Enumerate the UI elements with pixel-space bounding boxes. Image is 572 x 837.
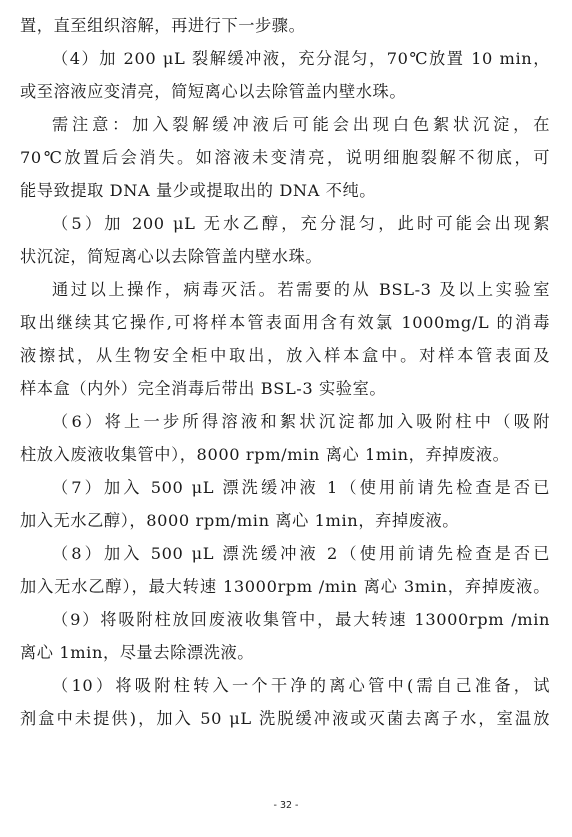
text-line: 取出继续其它操作,可将样本管表面用含有效氯 1000mg/L 的消毒	[20, 306, 550, 339]
text-line: （8）加入 500 μL 漂洗缓冲液 2（使用前请先检查是否已	[20, 537, 550, 570]
text-line: 能导致提取 DNA 量少或提取出的 DNA 不纯。	[20, 174, 550, 207]
text-line: （6）将上一步所得溶液和絮状沉淀都加入吸附柱中（吸附	[20, 405, 550, 438]
text-line: 加入无水乙醇），8000 rpm/min 离心 1min，弃掉废液。	[20, 504, 550, 537]
text-line: 剂盒中未提供)，加入 50 μL 洗脱缓冲液或灭菌去离子水，室温放	[20, 702, 550, 735]
text-line: 液擦拭，从生物安全柜中取出，放入样本盒中。对样本管表面及	[20, 339, 550, 372]
text-line: （10）将吸附柱转入一个干净的离心管中(需自己准备，试	[20, 669, 550, 702]
text-line: 需注意：加入裂解缓冲液后可能会出现白色絮状沉淀，在	[20, 108, 550, 141]
text-line: 状沉淀，简短离心以去除管盖内壁水珠。	[20, 240, 550, 273]
page-number: - 32 -	[0, 800, 572, 811]
text-line: （7）加入 500 μL 漂洗缓冲液 1（使用前请先检查是否已	[20, 471, 550, 504]
document-page: 置，直至组织溶解，再进行下一步骤。 （4）加 200 μL 裂解缓冲液，充分混匀…	[20, 9, 550, 735]
text-line: 70℃放置后会消失。如溶液未变清亮，说明细胞裂解不彻底，可	[20, 141, 550, 174]
text-line: 柱放入废液收集管中），8000 rpm/min 离心 1min，弃掉废液。	[20, 438, 550, 471]
text-line: （5）加 200 μL 无水乙醇，充分混匀，此时可能会出现絮	[20, 207, 550, 240]
text-line: 离心 1min，尽量去除漂洗液。	[20, 636, 550, 669]
text-line: 置，直至组织溶解，再进行下一步骤。	[20, 9, 550, 42]
text-line: 或至溶液应变清亮，简短离心以去除管盖内壁水珠。	[20, 75, 550, 108]
text-line: 加入无水乙醇），最大转速 13000rpm /min 离心 3min，弃掉废液。	[20, 570, 550, 603]
text-line: 样本盒（内外）完全消毒后带出 BSL-3 实验室。	[20, 372, 550, 405]
text-line: （9）将吸附柱放回废液收集管中，最大转速 13000rpm /min	[20, 603, 550, 636]
text-line: 通过以上操作，病毒灭活。若需要的从 BSL-3 及以上实验室	[20, 273, 550, 306]
text-line: （4）加 200 μL 裂解缓冲液，充分混匀，70℃放置 10 min，	[20, 42, 550, 75]
